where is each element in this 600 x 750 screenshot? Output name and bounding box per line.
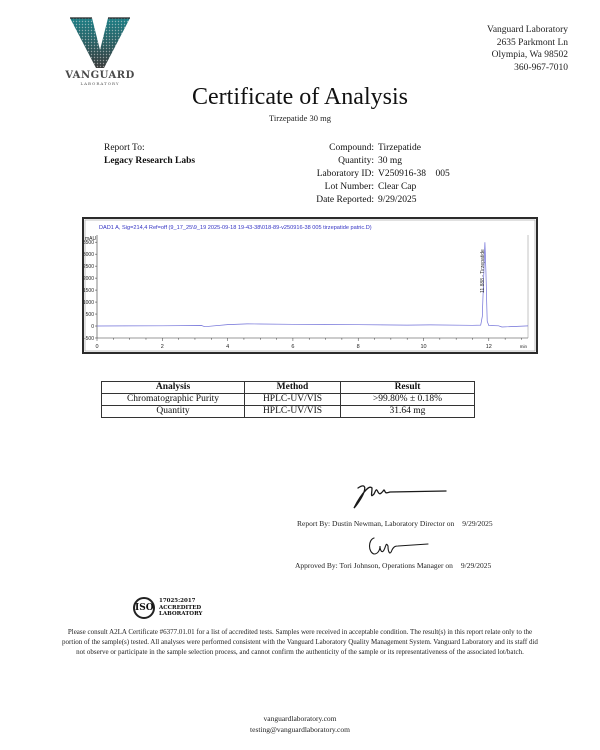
svg-text:2: 2 [161,344,164,350]
footer-email: testing@vanguardlaboratory.com [0,724,600,735]
document-subtitle: Tirzepatide 30 mg [0,113,600,123]
svg-text:3000: 3000 [84,252,94,258]
detail-label: Laboratory ID: [250,168,378,181]
svg-text:-500: -500 [84,336,94,342]
svg-text:2000: 2000 [84,276,94,282]
approved-by-date: 9/29/2025 [461,561,491,570]
detail-value: Tirzepatide [378,142,421,155]
iso-laboratory: LABORATORY [159,611,202,618]
results-header-row: Analysis Method Result [102,382,475,394]
approved-by-line: Approved By: Tori Johnson, Operations Ma… [295,561,491,570]
detail-row-quantity: Quantity: 30 mg [250,155,450,168]
table-row: Chromatographic Purity HPLC-UV/VIS >99.8… [102,394,475,406]
detail-row-date: Date Reported: 9/29/2025 [250,194,450,207]
detail-label: Date Reported: [250,194,378,207]
svg-text:8: 8 [357,344,360,350]
document-title: Certificate of Analysis [0,84,600,111]
results-table: Analysis Method Result Chromatographic P… [101,381,475,418]
svg-text:mAU: mAU [85,236,97,242]
svg-text:12: 12 [486,344,492,350]
cell-method: HPLC-UV/VIS [245,394,341,406]
header-analysis: Analysis [102,382,245,394]
detail-value: 30 mg [378,155,402,168]
sample-details: Compound: Tirzepatide Quantity: 30 mg La… [250,142,450,207]
svg-text:6: 6 [291,344,294,350]
chromatogram: DAD1 A, Sig=214,4 Ref=off (9_17_25\9_19 … [82,217,538,354]
lab-name: Vanguard Laboratory [487,24,568,37]
report-to-label: Report To: [104,142,195,155]
header-method: Method [245,382,341,394]
detail-label: Quantity: [250,155,378,168]
detail-row-compound: Compound: Tirzepatide [250,142,450,155]
svg-text:1000: 1000 [84,300,94,306]
svg-text:1500: 1500 [84,288,94,294]
detail-label: Compound: [250,142,378,155]
lab-phone: 360-967-7010 [487,62,568,75]
client-name: Legacy Research Labs [104,155,195,168]
detail-label: Lot Number: [250,181,378,194]
report-by-date: 9/29/2025 [462,519,492,528]
cell-result: >99.80% ± 0.18% [341,394,475,406]
svg-text:0: 0 [95,344,98,350]
vanguard-logo: VANGUARD LABORATORY [60,14,140,84]
detail-row-lot: Lot Number: Clear Cap [250,181,450,194]
report-by-line: Report By: Dustin Newman, Laboratory Dir… [297,519,493,528]
iso-text: 17025:2017 ACCREDITED LABORATORY [159,598,202,618]
svg-text:DAD1 A, Sig=214,4 Ref=off (9_1: DAD1 A, Sig=214,4 Ref=off (9_17_25\9_19 … [99,225,372,231]
lab-address: Vanguard Laboratory 2635 Parkmont Ln Oly… [487,24,568,74]
cell-result: 31.64 mg [341,406,475,418]
report-by-text: Report By: Dustin Newman, Laboratory Dir… [297,519,454,528]
report-to-block: Report To: Legacy Research Labs [104,142,195,168]
manager-signature-icon [366,534,430,558]
header-result: Result [341,382,475,394]
iso-logo-icon: ISO [133,597,155,619]
table-row: Quantity HPLC-UV/VIS 31.64 mg [102,406,475,418]
director-signature-icon [350,478,450,514]
svg-text:10: 10 [420,344,426,350]
logo-wordmark: VANGUARD [60,70,140,81]
svg-text:min: min [520,344,528,349]
cell-method: HPLC-UV/VIS [245,406,341,418]
lab-street: 2635 Parkmont Ln [487,37,568,50]
lab-city: Olympia, Wa 98502 [487,49,568,62]
footer: vanguardlaboratory.com testing@vanguardl… [0,713,600,735]
footer-website: vanguardlaboratory.com [0,713,600,724]
detail-row-lab-id: Laboratory ID: V250916-38 005 [250,168,450,181]
approved-by-text: Approved By: Tori Johnson, Operations Ma… [295,561,453,570]
disclaimer-text: Please consult A2LA Certificate #6377.01… [60,627,540,657]
svg-text:11.888 - Tirzepatide: 11.888 - Tirzepatide [480,249,486,293]
svg-text:4: 4 [226,344,229,350]
detail-value: 9/29/2025 [378,194,417,207]
iso-accreditation-badge: ISO 17025:2017 ACCREDITED LABORATORY [133,597,203,619]
chromatogram-plot: DAD1 A, Sig=214,4 Ref=off (9_17_25\9_19 … [84,219,536,352]
v-emblem-icon [60,14,140,70]
cell-analysis: Quantity [102,406,245,418]
detail-value: V250916-38 005 [378,168,450,181]
cell-analysis: Chromatographic Purity [102,394,245,406]
svg-text:0: 0 [91,324,94,330]
detail-value: Clear Cap [378,181,416,194]
svg-text:500: 500 [86,312,95,318]
svg-text:2500: 2500 [84,264,94,270]
